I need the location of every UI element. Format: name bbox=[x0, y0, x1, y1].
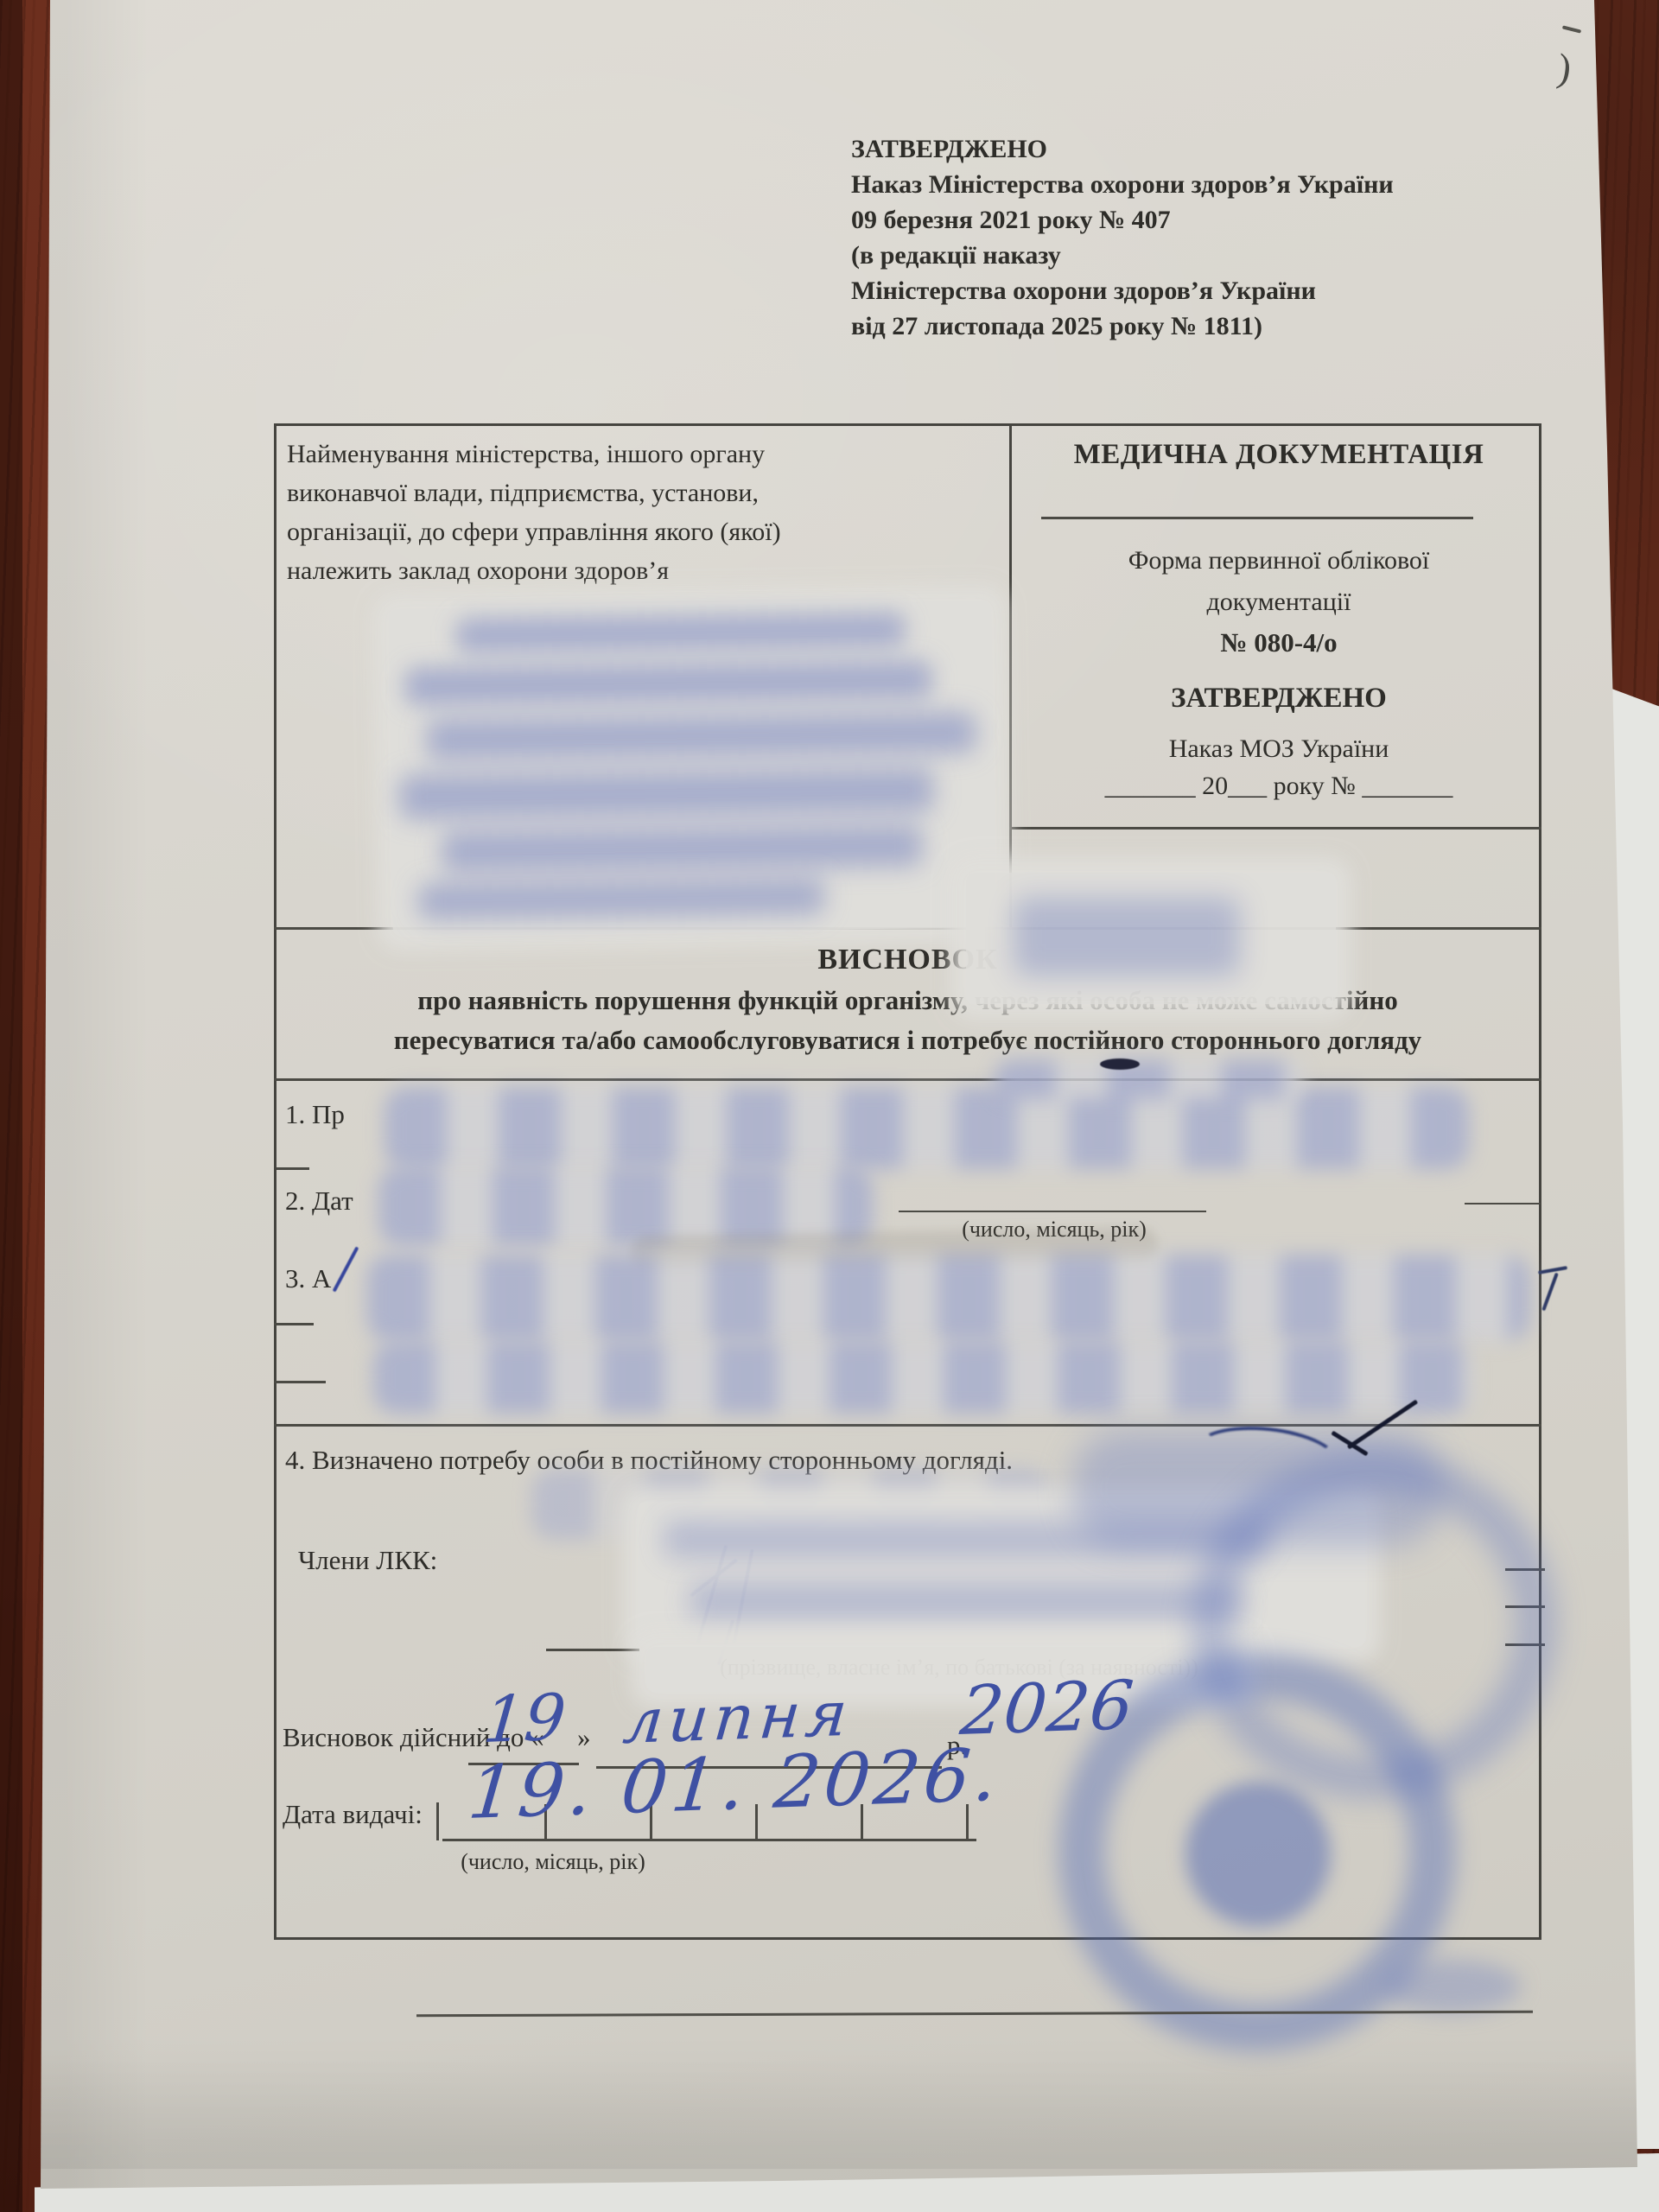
blurred-member-name bbox=[690, 1581, 1243, 1621]
form-number: № 080-4/о bbox=[1020, 627, 1538, 658]
approval-line: Наказ Міністерства охорони здоров’я Укра… bbox=[851, 167, 1525, 202]
photo-of-medical-form: ) ЗАТВЕРДЖЕНО Наказ Міністерства охорони… bbox=[0, 0, 1659, 2212]
blurred-stamp-text-line bbox=[418, 878, 825, 920]
medical-documentation-title: МЕДИЧНА ДОКУМЕНТАЦІЯ bbox=[1020, 439, 1538, 471]
facility-stamp-redaction bbox=[388, 601, 995, 936]
item1-underline-stub bbox=[276, 1167, 309, 1170]
blurred-stamp-text-line bbox=[404, 660, 932, 706]
item3-label: 3. А bbox=[285, 1263, 331, 1294]
approval-line: Міністерства охорони здоров’я України bbox=[851, 273, 1525, 308]
moh-order-blank: _______ 20___ року № _______ bbox=[1020, 772, 1538, 801]
row-separator-3 bbox=[274, 1424, 1541, 1427]
right-cell-underline bbox=[1041, 517, 1473, 519]
case-number-redaction bbox=[966, 873, 1336, 1004]
approved-label: ЗАТВЕРДЖЕНО bbox=[1020, 683, 1538, 715]
form-caption-line1: Форма первинної облікової bbox=[1020, 546, 1538, 575]
handwritten-valid-day: 19 bbox=[480, 1681, 569, 1758]
approval-line: від 27 листопада 2025 року № 1811) bbox=[851, 308, 1525, 344]
lkk-members-label: Члени ЛКК: bbox=[298, 1545, 437, 1576]
issue-date-underline bbox=[442, 1839, 976, 1841]
approval-line: ЗАТВЕРДЖЕНО bbox=[851, 131, 1525, 167]
approval-line: 09 березня 2021 року № 407 bbox=[851, 202, 1525, 238]
blurred-stamp-text-line bbox=[442, 824, 923, 873]
item2-label: 2. Дат bbox=[285, 1185, 353, 1217]
ministry-caption-line: організації, до сфери управління якого (… bbox=[287, 512, 995, 551]
moh-order-label: Наказ МОЗ України bbox=[1020, 734, 1538, 764]
item1-label: 1. Пр bbox=[285, 1099, 345, 1130]
item3-redacted-handwriting-line1 bbox=[367, 1255, 1529, 1341]
right-cell-bottom-border bbox=[1009, 827, 1541, 829]
conclusion-title: ВИСНОВОК bbox=[274, 944, 1541, 976]
item1-redaction-overflow bbox=[994, 1059, 1305, 1099]
round-stamp-lower-center bbox=[1185, 1782, 1331, 1927]
approval-header: ЗАТВЕРДЖЕНО Наказ Міністерства охорони з… bbox=[851, 131, 1525, 344]
issue-date-caption: (число, місяць, рік) bbox=[432, 1849, 674, 1875]
table-vertical-divider bbox=[1009, 423, 1012, 930]
ministry-caption-line: виконавчої влади, підприємства, установи… bbox=[287, 474, 995, 512]
row-separator-2 bbox=[274, 1078, 1541, 1081]
ministry-caption-line: належить заклад охорони здоров’я bbox=[287, 551, 995, 590]
issue-date-cell-tick bbox=[436, 1802, 439, 1840]
approval-line: (в редакції наказу bbox=[851, 238, 1525, 273]
members-underline-stub bbox=[546, 1649, 639, 1651]
item1-redacted-handwriting bbox=[385, 1087, 1469, 1169]
item3-redacted-handwriting-line2 bbox=[373, 1341, 1472, 1414]
blurred-case-number bbox=[1014, 897, 1240, 976]
item3-underline-stub2 bbox=[274, 1381, 326, 1383]
ink-dot-mark bbox=[1100, 1058, 1140, 1070]
paper-fold-shadow bbox=[0, 2056, 1659, 2169]
form-caption-line2: документації bbox=[1020, 588, 1538, 617]
blurred-stamp-text-line bbox=[456, 613, 906, 653]
ministry-caption-line: Найменування міністерства, іншого органу bbox=[287, 435, 995, 474]
item3-underline-stub1 bbox=[274, 1323, 314, 1325]
stamp-bottom-blob bbox=[1382, 1960, 1521, 2013]
item2-caption-underline bbox=[899, 1211, 1206, 1212]
blurred-stamp-text-line bbox=[426, 711, 976, 760]
desk-wood-left-edge bbox=[0, 0, 22, 2212]
conclusion-subtitle-line2: пересуватися та/або самообслуговуватися … bbox=[274, 1025, 1541, 1056]
conclusion-subtitle-line1: про наявність порушення функцій організм… bbox=[274, 985, 1541, 1016]
blurred-stamp-text-line bbox=[399, 767, 934, 820]
issue-date-label: Дата видачі: bbox=[283, 1799, 423, 1830]
item2-underline-right bbox=[1465, 1203, 1541, 1205]
ministry-name-caption: Найменування міністерства, іншого органу… bbox=[287, 435, 995, 590]
